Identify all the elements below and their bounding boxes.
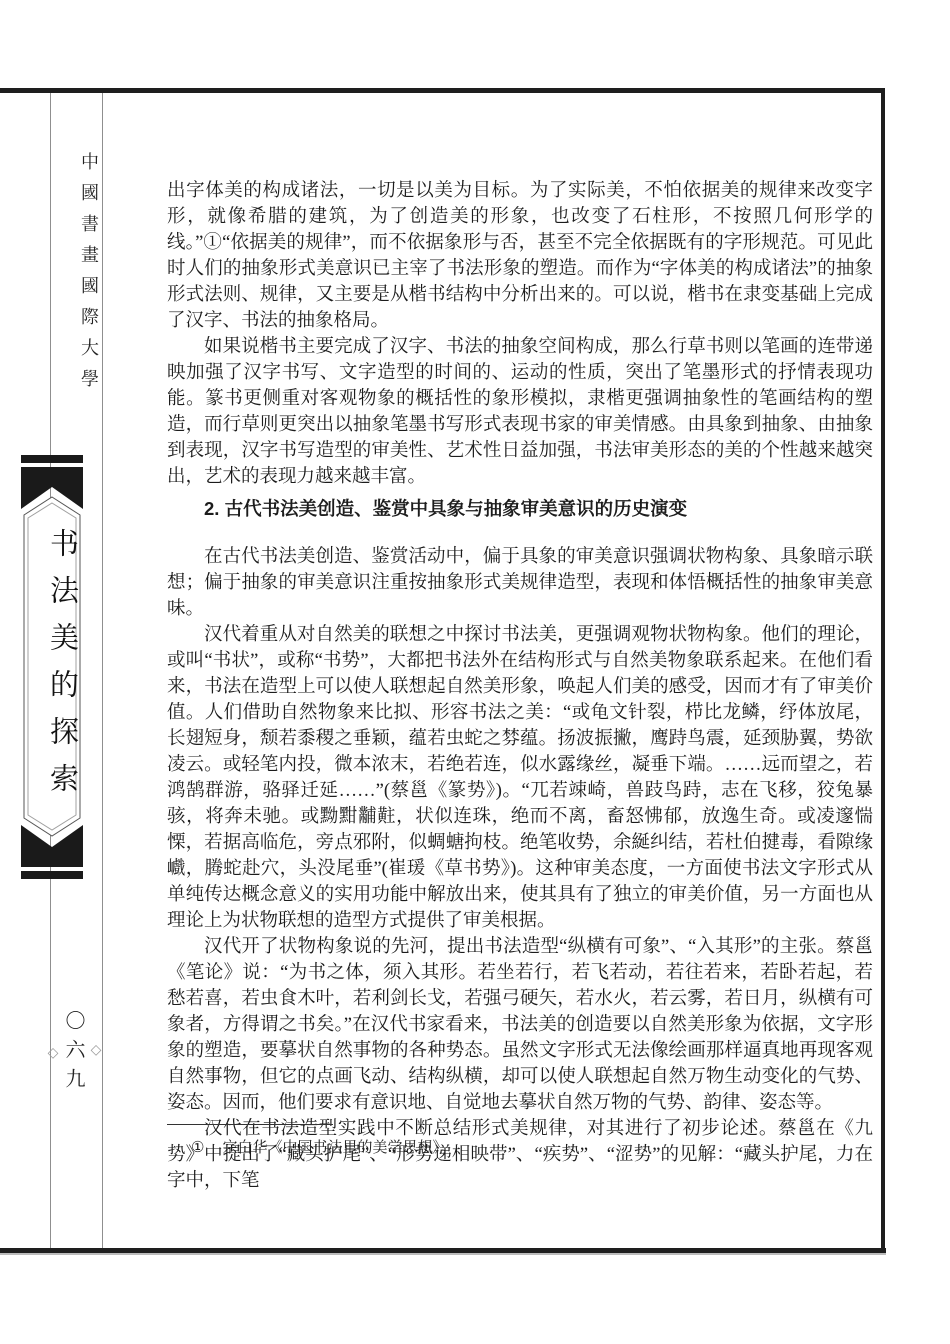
book-page: 中國書畫國際大學 书法美的探索 ◇ 〇六九 ◇ 出字体美的构成诸法，一切是以美为… [0,0,950,1344]
footnote-separator [167,1124,333,1125]
spine-institution-title: 中國書畫國際大學 [50,152,102,400]
section-heading: 2. 古代书法美创造、鉴赏中具象与抽象审美意识的历史演变 [167,496,873,522]
paragraph-5: 汉代开了状物构象说的先河，提出书法造型“纵横有可象”、“入其形”的主张。蔡邕《笔… [167,934,873,1116]
article-body: 出字体美的构成诸法，一切是以美为目标。为了实际美，不怕依据美的规律来改变字形，就… [167,178,873,1194]
folio-column: ◇ 〇六九 ◇ [50,1002,102,1097]
paragraph-2: 如果说楷书主要完成了汉字、书法的抽象空间构成，那么行草书则以笔画的连带递映加强了… [167,334,873,490]
footnote-marker: ① [191,1140,204,1156]
footnote: ①宗白华《中国书法里的美学思想》。 [191,1138,851,1158]
book-title-banner: 书法美的探索 [21,455,83,879]
paragraph-3: 在古代书法美创造、鉴赏活动中，偏于具象的审美意识强调状物构象、具象暗示联想；偏于… [167,544,873,622]
book-title-vertical: 书法美的探索 [21,519,83,819]
page-number: 〇六九 [59,1010,88,1097]
frame-bottom-bar [0,1248,886,1253]
folio-ornament-top-icon: ◇ [88,1042,102,1058]
frame-top-bar [0,88,885,93]
footnote-text: 宗白华《中国书法里的美学思想》。 [222,1140,455,1156]
paragraph-4: 汉代着重从对自然美的联想之中探讨书法美，更强调观物状物构象。他们的理论，或叫“书… [167,622,873,934]
paragraph-1: 出字体美的构成诸法，一切是以美为目标。为了实际美，不怕依据美的规律来改变字形，就… [167,178,873,334]
folio-ornament-bottom-icon: ◇ [45,1045,59,1061]
spine-rule-right [102,93,103,1248]
spine-institution-text: 中國書畫國際大學 [50,152,102,400]
frame-right-border [881,88,885,1253]
